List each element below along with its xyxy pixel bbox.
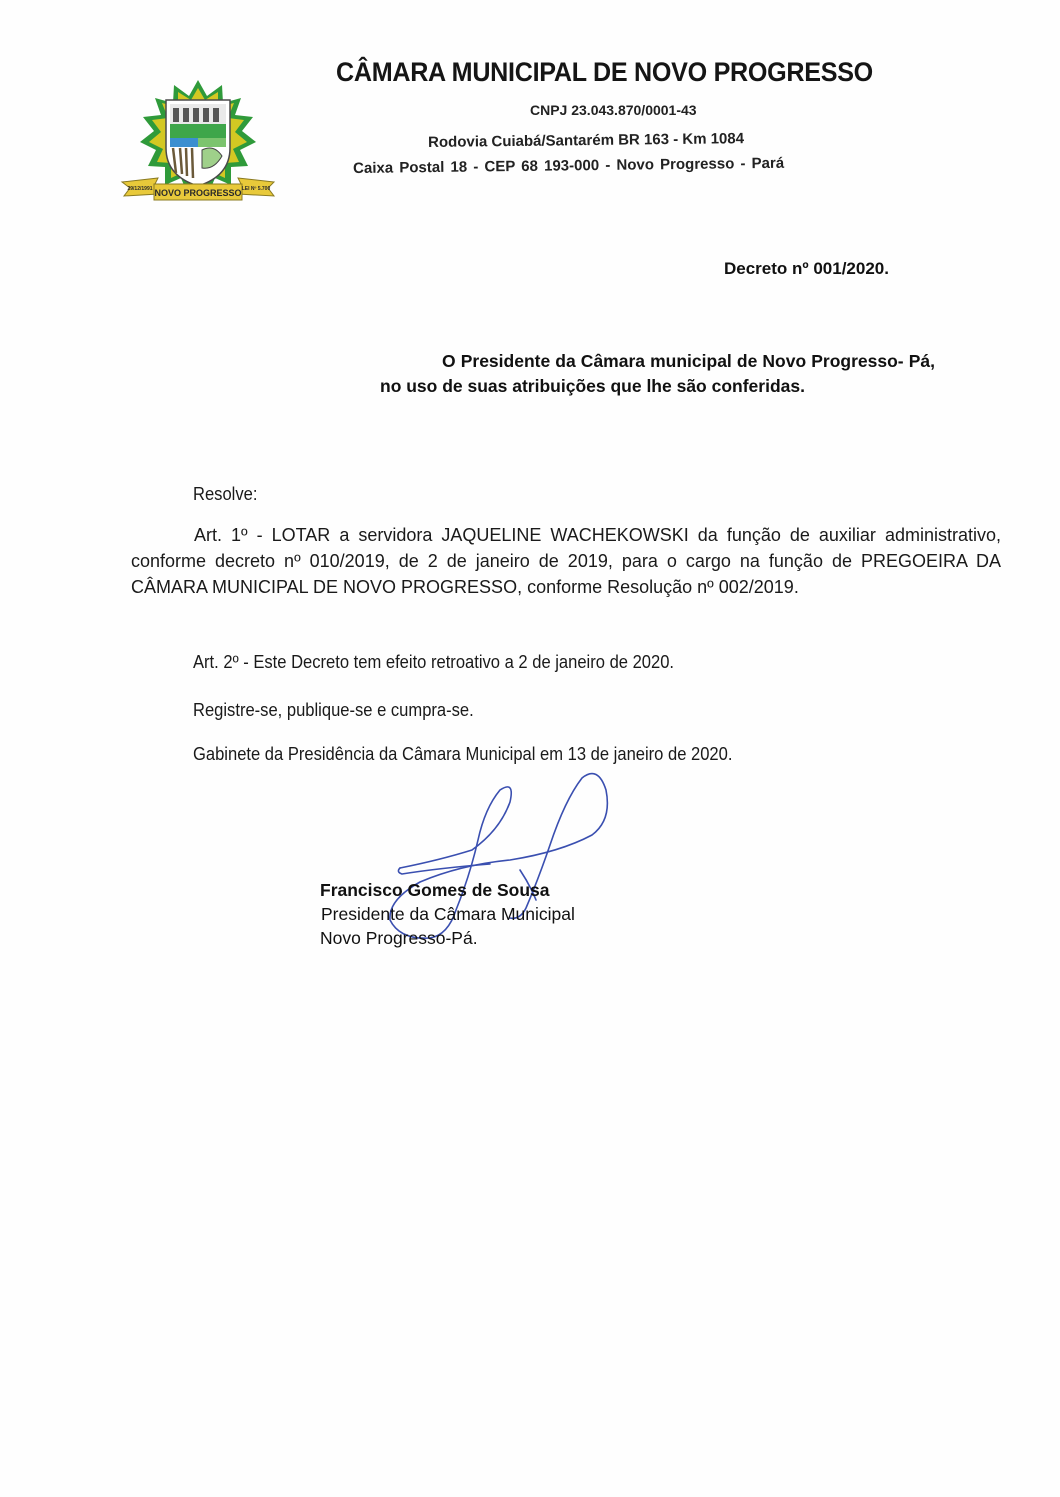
svg-text:29/12/1991: 29/12/1991 — [127, 186, 152, 192]
crest-ribbon-text: NOVO PROGRESSO — [154, 188, 241, 198]
municipal-coat-of-arms-icon: NOVO PROGRESSO 29/12/1991 LEI Nº 5.700 — [118, 78, 278, 210]
signer-role: Presidente da Câmara Municipal — [321, 904, 575, 925]
document-page: NOVO PROGRESSO 29/12/1991 LEI Nº 5.700 C… — [0, 0, 1060, 1497]
address-line-1: Rodovia Cuiabá/Santarém BR 163 - Km 1084 — [428, 130, 744, 151]
register-clause: Registre-se, publique-se e cumpra-se. — [193, 698, 474, 723]
address-line-2: Caixa Postal 18 - CEP 68 193-000 - Novo … — [353, 155, 784, 177]
article-1-text: Art. 1º - LOTAR a servidora JAQUELINE WA… — [131, 525, 1001, 597]
article-1: Art. 1º - LOTAR a servidora JAQUELINE WA… — [131, 522, 1001, 600]
svg-text:LEI Nº 5.700: LEI Nº 5.700 — [242, 186, 271, 192]
signer-city: Novo Progresso-Pá. — [320, 928, 478, 949]
resolve-label: Resolve: — [193, 482, 257, 507]
organization-title: CÂMARA MUNICIPAL DE NOVO PROGRESSO — [336, 57, 894, 88]
article-2: Art. 2º - Este Decreto tem efeito retroa… — [193, 650, 674, 675]
signer-name: Francisco Gomes de Sousa — [320, 880, 550, 901]
cnpj-number: CNPJ 23.043.870/0001-43 — [530, 102, 697, 118]
decree-number: Decreto nº 001/2020. — [724, 259, 889, 279]
preamble: O Presidente da Câmara municipal de Novo… — [380, 349, 935, 399]
